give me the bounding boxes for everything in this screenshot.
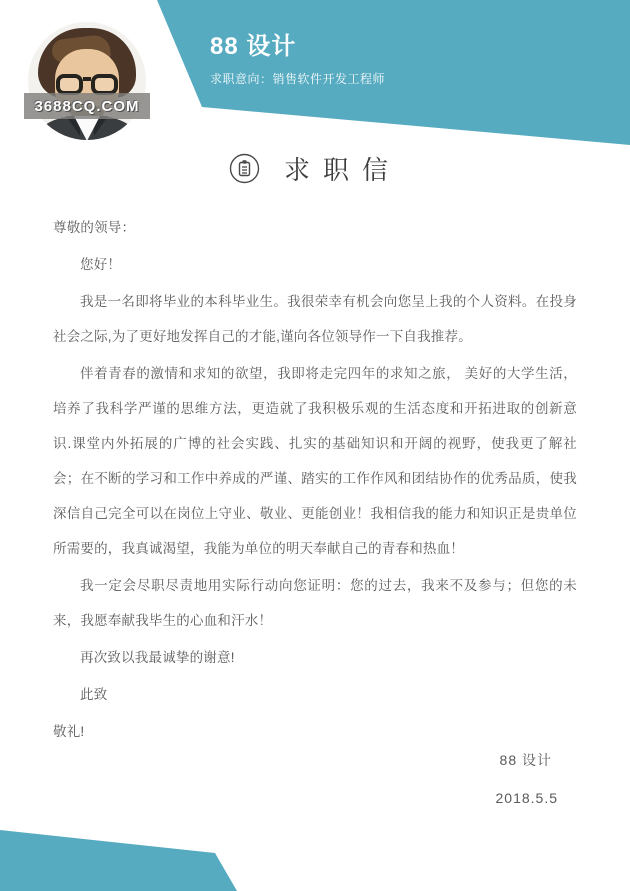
avatar-photo bbox=[28, 22, 146, 140]
avatar-watermark: 3688CQ.COM bbox=[24, 93, 150, 119]
signature-date: 2018.5.5 bbox=[496, 790, 559, 806]
salutation: 尊敬的领导： bbox=[53, 210, 577, 245]
paragraph-thanks: 再次致以我最诚挚的谢意! bbox=[53, 640, 577, 675]
signature-name: 88 设计 bbox=[500, 750, 552, 770]
section-title: 求职信 bbox=[271, 150, 401, 187]
cover-letter-page: 88 设计 求职意向：销售软件开发工程师 3688CQ.COM bbox=[0, 0, 630, 891]
watermark-text: 3688CQ.COM bbox=[34, 98, 139, 115]
paragraph-main: 伴着青春的激情和求知的欲望，我即将走完四年的求知之旅， 美好的大学生活，培养了我… bbox=[53, 356, 577, 566]
letter-body: 尊敬的领导： 您好！ 我是一名即将毕业的本科毕业生。我很荣幸有机会向您呈上我的个… bbox=[53, 208, 577, 749]
clipboard-icon bbox=[229, 153, 260, 184]
glasses-right-lens bbox=[91, 74, 118, 95]
glasses-icon bbox=[49, 74, 125, 95]
job-intention: 求职意向：销售软件开发工程师 bbox=[210, 70, 385, 87]
avatar: 3688CQ.COM bbox=[28, 22, 146, 140]
page-title: 88 设计 bbox=[210, 26, 385, 61]
paragraph-greeting: 您好！ bbox=[53, 247, 577, 282]
header-text-block: 88 设计 求职意向：销售软件开发工程师 bbox=[210, 26, 385, 87]
closing-cizhi: 此致 bbox=[53, 677, 577, 712]
paragraph-intro: 我是一名即将毕业的本科毕业生。我很荣幸有机会向您呈上我的个人资料。在投身社会之际… bbox=[53, 284, 577, 354]
footer-banner bbox=[0, 829, 630, 891]
paragraph-promise: 我一定会尽职尽责地用实际行动向您证明：您的过去，我来不及参与；但您的未来，我愿奉… bbox=[53, 568, 577, 638]
glasses-left-lens bbox=[56, 74, 83, 95]
glasses-bridge bbox=[83, 77, 91, 81]
closing-jingli: 敬礼! bbox=[53, 714, 577, 749]
section-heading: 求职信 bbox=[0, 150, 630, 187]
